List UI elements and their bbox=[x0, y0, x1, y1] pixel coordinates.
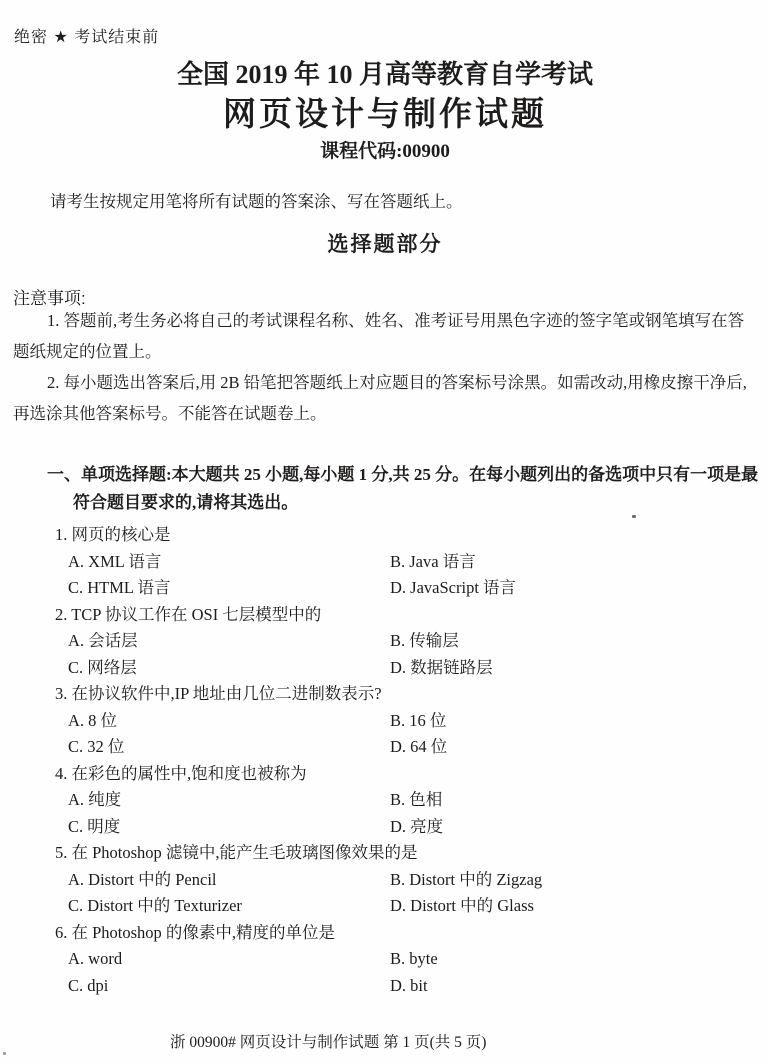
option-a: A. word bbox=[68, 946, 390, 973]
question-options: A. 会话层B. 传输层C. 网络层D. 数据链路层 bbox=[68, 628, 770, 681]
option-c: C. 明度 bbox=[68, 814, 390, 841]
question-options: A. 8 位B. 16 位C. 32 位D. 64 位 bbox=[68, 708, 770, 761]
question-item: 6. 在 Photoshop 的像素中,精度的单位是 A. wordB. byt… bbox=[0, 920, 770, 1000]
option-c: C. 网络层 bbox=[68, 655, 390, 682]
option-a: A. 会话层 bbox=[68, 628, 390, 655]
option-c: C. 32 位 bbox=[68, 734, 390, 761]
question-text: 2. TCP 协议工作在 OSI 七层模型中的 bbox=[55, 602, 770, 629]
ink-speck bbox=[3, 1052, 6, 1055]
answer-instruction: 请考生按规定用笔将所有试题的答案涂、写在答题纸上。 bbox=[14, 188, 756, 212]
option-d: D. bit bbox=[390, 973, 770, 1000]
option-a: A. Distort 中的 Pencil bbox=[68, 867, 390, 894]
option-d: D. JavaScript 语言 bbox=[390, 575, 770, 602]
question-text: 5. 在 Photoshop 滤镜中,能产生毛玻璃图像效果的是 bbox=[55, 840, 770, 867]
option-b: B. 传输层 bbox=[390, 628, 770, 655]
option-a: A. XML 语言 bbox=[68, 549, 390, 576]
option-d: D. Distort 中的 Glass bbox=[390, 893, 770, 920]
page-footer: 浙 00900# 网页设计与制作试题 第 1 页(共 5 页) bbox=[170, 1030, 486, 1052]
note-item-2: 2. 每小题选出答案后,用 2B 铅笔把答题纸上对应题目的答案标号涂黑。如需改动… bbox=[13, 367, 757, 429]
option-c: C. dpi bbox=[68, 973, 390, 1000]
option-b: B. Java 语言 bbox=[390, 549, 770, 576]
exam-title-line2: 网页设计与制作试题 bbox=[0, 88, 770, 135]
question-item: 5. 在 Photoshop 滤镜中,能产生毛玻璃图像效果的是 A. Disto… bbox=[0, 840, 770, 920]
option-d: D. 数据链路层 bbox=[390, 655, 770, 682]
question-item: 1. 网页的核心是 A. XML 语言B. Java 语言C. HTML 语言D… bbox=[0, 522, 770, 602]
option-d: D. 亮度 bbox=[390, 814, 770, 841]
notes-list: 1. 答题前,考生务必将自己的考试课程名称、姓名、准考证号用黑色字迹的签字笔或钢… bbox=[13, 305, 757, 429]
question-item: 3. 在协议软件中,IP 地址由几位二进制数表示? A. 8 位B. 16 位C… bbox=[0, 681, 770, 761]
question-item: 2. TCP 协议工作在 OSI 七层模型中的 A. 会话层B. 传输层C. 网… bbox=[0, 602, 770, 682]
course-code: 课程代码:00900 bbox=[0, 136, 770, 163]
exam-title-line1: 全国 2019 年 10 月高等教育自学考试 bbox=[0, 54, 770, 91]
part-one-heading: 一、单项选择题:本大题共 25 小题,每小题 1 分,共 25 分。在每小题列出… bbox=[47, 461, 763, 517]
question-text: 3. 在协议软件中,IP 地址由几位二进制数表示? bbox=[55, 681, 770, 708]
option-a: A. 8 位 bbox=[68, 708, 390, 735]
question-text: 4. 在彩色的属性中,饱和度也被称为 bbox=[55, 761, 770, 788]
option-b: B. 16 位 bbox=[390, 708, 770, 735]
option-b: B. byte bbox=[390, 946, 770, 973]
question-text: 6. 在 Photoshop 的像素中,精度的单位是 bbox=[55, 920, 770, 947]
option-c: C. HTML 语言 bbox=[68, 575, 390, 602]
option-b: B. Distort 中的 Zigzag bbox=[390, 867, 770, 894]
option-b: B. 色相 bbox=[390, 787, 770, 814]
option-d: D. 64 位 bbox=[390, 734, 770, 761]
option-a: A. 纯度 bbox=[68, 787, 390, 814]
question-options: A. 纯度B. 色相C. 明度D. 亮度 bbox=[68, 787, 770, 840]
ink-speck bbox=[632, 515, 636, 518]
question-text: 1. 网页的核心是 bbox=[55, 522, 770, 549]
question-list: 1. 网页的核心是 A. XML 语言B. Java 语言C. HTML 语言D… bbox=[0, 522, 770, 999]
note-item-1: 1. 答题前,考生务必将自己的考试课程名称、姓名、准考证号用黑色字迹的签字笔或钢… bbox=[13, 305, 757, 367]
question-options: A. Distort 中的 PencilB. Distort 中的 Zigzag… bbox=[68, 867, 770, 920]
question-options: A. XML 语言B. Java 语言C. HTML 语言D. JavaScri… bbox=[68, 549, 770, 602]
exam-paper-page: 绝密 ★ 考试结束前 全国 2019 年 10 月高等教育自学考试 网页设计与制… bbox=[0, 0, 770, 1064]
question-item: 4. 在彩色的属性中,饱和度也被称为 A. 纯度B. 色相C. 明度D. 亮度 bbox=[0, 761, 770, 841]
option-c: C. Distort 中的 Texturizer bbox=[68, 893, 390, 920]
section-title: 选择题部分 bbox=[0, 228, 770, 258]
security-marking: 绝密 ★ 考试结束前 bbox=[14, 24, 159, 47]
question-options: A. wordB. byteC. dpiD. bit bbox=[68, 946, 770, 999]
